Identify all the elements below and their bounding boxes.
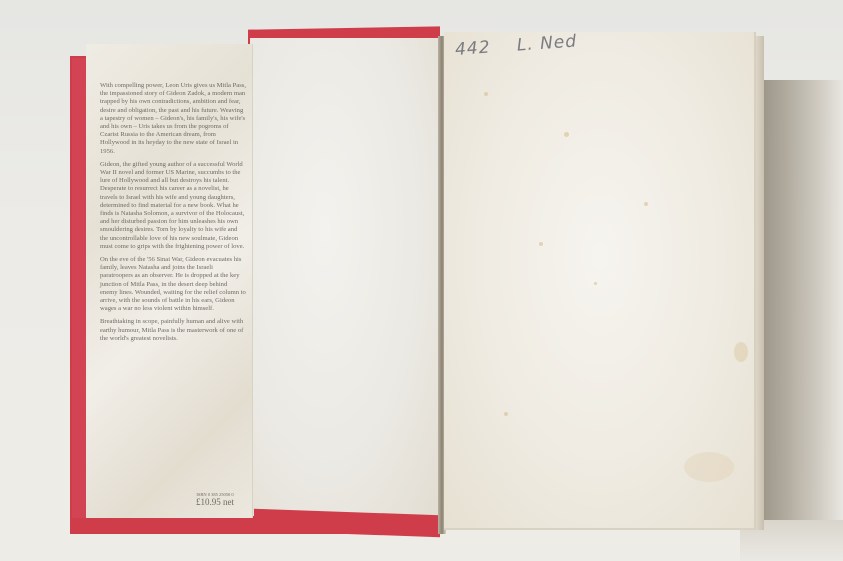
dust-jacket-flap: With compelling power, Leon Uris gives u…: [86, 44, 252, 518]
blurb-paragraph: On the eve of the '56 Sinai War, Gideon …: [100, 256, 246, 313]
foxing-spot: [539, 242, 543, 246]
page-edges: [756, 36, 764, 530]
table-shadow: [760, 80, 843, 520]
inscription-name: L. Ned: [516, 31, 577, 55]
price: £10.95 net: [196, 497, 234, 507]
right-endpaper: [444, 32, 756, 530]
red-board-left-edge: [72, 58, 86, 518]
flap-blurb: With compelling power, Leon Uris gives u…: [100, 82, 246, 348]
foxing-spot: [484, 92, 488, 96]
blurb-paragraph: With compelling power, Leon Uris gives u…: [100, 82, 246, 156]
blurb-paragraph: Breathtaking in scope, painfully human a…: [100, 318, 246, 343]
foxing-stain: [734, 342, 748, 362]
inscription-number: 442: [454, 38, 491, 60]
left-endpaper: [250, 38, 438, 516]
price-block: ISBN 0 385 25050 0 £10.95 net: [196, 492, 234, 507]
foxing-spot: [644, 202, 648, 206]
foxing-stain: [684, 452, 734, 482]
foxing-spot: [564, 132, 569, 137]
foxing-spot: [504, 412, 508, 416]
blurb-paragraph: Gideon, the gifted young author of a suc…: [100, 161, 246, 251]
foxing-spot: [594, 282, 597, 285]
